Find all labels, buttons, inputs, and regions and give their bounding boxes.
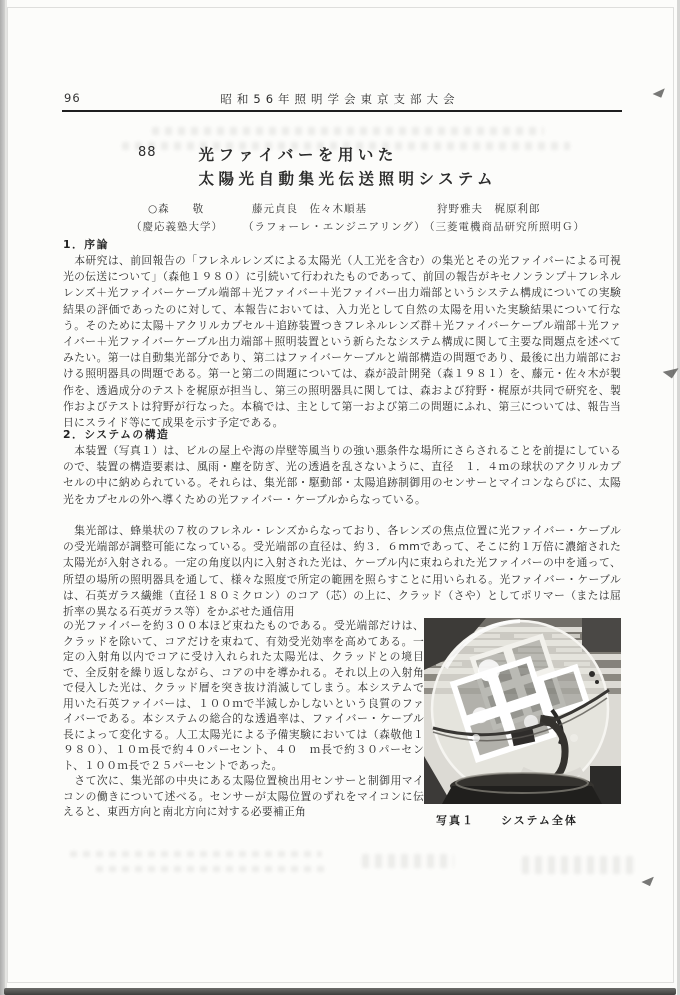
- scanned-paper-page: 96 昭和56年照明学会東京支部大会 88 光ファイバーを用いた 太陽光自動集光…: [0, 0, 680, 995]
- author-group-3: 狩野雅夫 梶原利郎: [437, 201, 541, 216]
- affiliations-row: （慶応義塾大学） （ラフォーレ・エンジニアリング） （三菱電機商品研究所照明Ｇ）: [0, 219, 680, 233]
- bleed-through-text: [70, 851, 322, 857]
- section-2-paragraph-3: さて次に、集光部の中央にある太陽位置検出用センサーと制御用マイコンの働きについて…: [63, 773, 424, 820]
- paper-number: 88: [138, 145, 157, 160]
- paper-title-line1: 光ファイバーを用いた: [199, 143, 497, 167]
- affiliation-2: （ラフォーレ・エンジニアリング）: [243, 219, 426, 234]
- scan-edge-left-inner: [5, 0, 7, 995]
- section-2-paragraph-2-wrapped: の光ファイバーを約３００本ほど束ねたものである。受光端部だけは、クラッドを除いて…: [63, 618, 424, 773]
- bleed-through-text: [362, 854, 454, 868]
- conference-header: 昭和56年照明学会東京支部大会: [0, 91, 680, 107]
- bleed-through-text: [152, 127, 544, 135]
- author-group-2: 藤元貞良 佐々木順基: [252, 201, 367, 216]
- section-2-paragraph-2-fullwidth: 集光部は、蜂巣状の７枚のフレネル・レンズからなっており、各レンズの焦点位置に光フ…: [63, 523, 621, 620]
- paper-title-line2: 太陽光自動集光伝送照明システム: [199, 167, 497, 191]
- section-2-heading: 2．システムの構造: [63, 427, 621, 443]
- author-group-1: ○森 敬: [148, 201, 204, 216]
- section-1-paragraph: 本研究は、前回報告の「フレネルレンズによる太陽光（人工光を含む）の集光とその光フ…: [63, 253, 621, 431]
- header-rule: [62, 110, 622, 112]
- bleed-through-text: [96, 866, 328, 872]
- affiliation-1: （慶応義塾大学）: [131, 219, 223, 234]
- section-2-paragraph-1: 本装置（写真１）は、ビルの屋上や海の岸壁等風当りの強い悪条件な場所にさらされるこ…: [63, 443, 621, 508]
- photo-system-overview: 写真１ システム全体: [424, 618, 621, 829]
- photo-caption: 写真１ システム全体: [424, 813, 621, 829]
- affiliation-3: （三菱電機商品研究所照明Ｇ）: [424, 219, 585, 234]
- scan-edge-bottom: [4, 988, 676, 995]
- authors-row: ○森 敬 藤元貞良 佐々木順基 狩野雅夫 梶原利郎: [0, 201, 680, 215]
- section-1-heading: 1．序論: [63, 237, 621, 253]
- bleed-through-text: [522, 856, 634, 874]
- photo-sphere-apparatus: [424, 618, 621, 804]
- title-block: 88 光ファイバーを用いた 太陽光自動集光伝送照明システム: [138, 143, 497, 191]
- text-photo-row: の光ファイバーを約３００本ほど束ねたものである。受光端部だけは、クラッドを除いて…: [63, 618, 621, 829]
